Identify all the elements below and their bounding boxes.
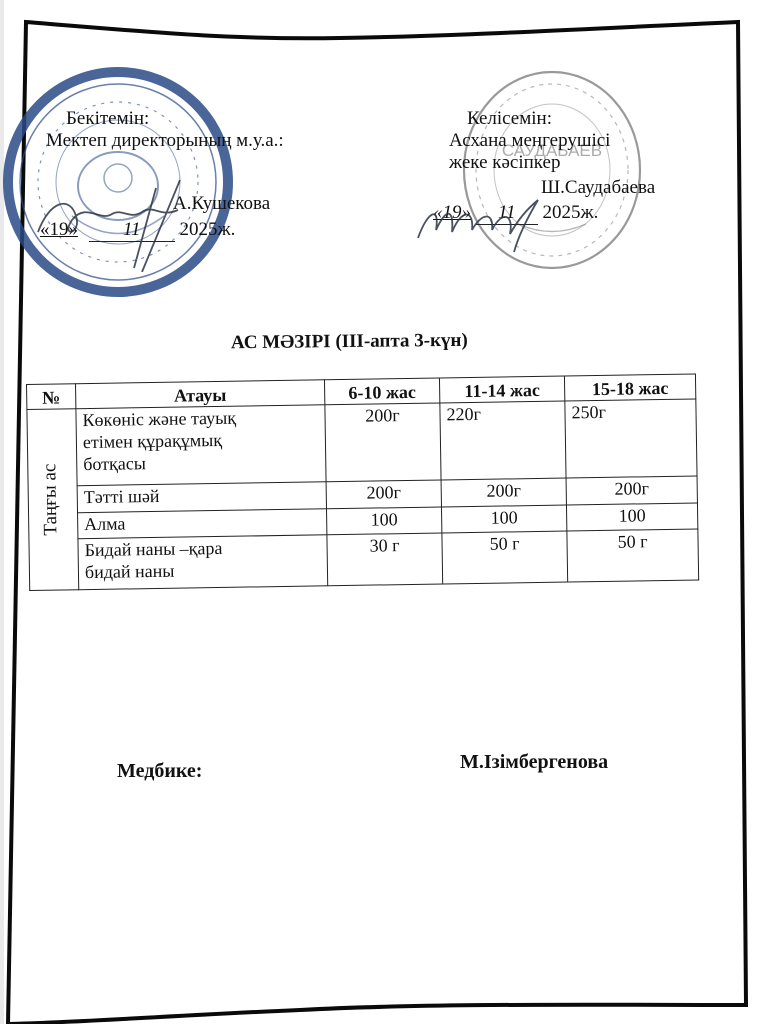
cafeteria-manager-signature bbox=[414, 190, 554, 254]
portion-11-14: 200г bbox=[441, 478, 566, 506]
portion-15-18: 50 г bbox=[567, 529, 699, 582]
dish-name-line: бидай наны bbox=[85, 558, 321, 584]
portion-11-14: 220г bbox=[440, 401, 566, 480]
meal-group-label: Таңғы ас bbox=[39, 463, 62, 535]
dish-name: Бидай наны –қара бидай наны bbox=[78, 535, 328, 590]
portion-15-18: 100 bbox=[566, 503, 697, 531]
portion-6-10: 30 г bbox=[327, 533, 443, 586]
portion-6-10: 200г bbox=[325, 403, 441, 482]
header-age-6-10: 6-10 жас bbox=[324, 378, 439, 405]
meal-group-cell: Таңғы ас bbox=[27, 409, 79, 591]
table-row: Бидай наны –қара бидай наны 30 г 50 г 50… bbox=[29, 529, 699, 590]
portion-11-14: 100 bbox=[441, 505, 566, 533]
agreement-position-line2: жеке кәсіпкер bbox=[449, 152, 655, 174]
menu-table: № Атауы 6-10 жас 11-14 жас 15-18 жас Таң… bbox=[26, 373, 699, 590]
header-number: № bbox=[27, 384, 76, 410]
table-row: Таңғы ас Көкөніс және тауық етімен құрақ… bbox=[27, 399, 697, 487]
portion-15-18: 250г bbox=[565, 399, 697, 478]
portion-15-18: 200г bbox=[566, 476, 697, 504]
menu-title: АС МӘЗІРІ (ІІІ-апта 3-күн) bbox=[231, 330, 468, 354]
portion-11-14: 50 г bbox=[442, 531, 568, 584]
agreement-heading: Келісемін: bbox=[467, 108, 655, 130]
approval-position: Мектеп директорының м.у.а.: bbox=[46, 130, 284, 152]
agreement-position-line1: Асхана меңгерушісі bbox=[449, 130, 655, 152]
nurse-name: М.Ізімбергенова bbox=[460, 751, 608, 774]
dish-name: Көкөніс және тауық етімен құрақұмық ботқ… bbox=[76, 405, 326, 486]
director-signature bbox=[30, 176, 200, 272]
header-age-11-14: 11-14 жас bbox=[439, 376, 564, 403]
portion-6-10: 100 bbox=[326, 507, 441, 535]
approval-heading: Бекітемін: bbox=[66, 108, 284, 130]
header-age-15-18: 15-18 жас bbox=[564, 374, 695, 401]
dish-name-line: ботқасы bbox=[83, 449, 319, 475]
nurse-label: Медбике: bbox=[117, 760, 202, 783]
dish-name: Тәтті шәй bbox=[77, 482, 326, 512]
header-name: Атауы bbox=[76, 380, 325, 409]
dish-name: Алма bbox=[78, 508, 327, 538]
agreement-name: Ш.Саудабаева bbox=[541, 177, 655, 199]
portion-6-10: 200г bbox=[326, 480, 441, 508]
